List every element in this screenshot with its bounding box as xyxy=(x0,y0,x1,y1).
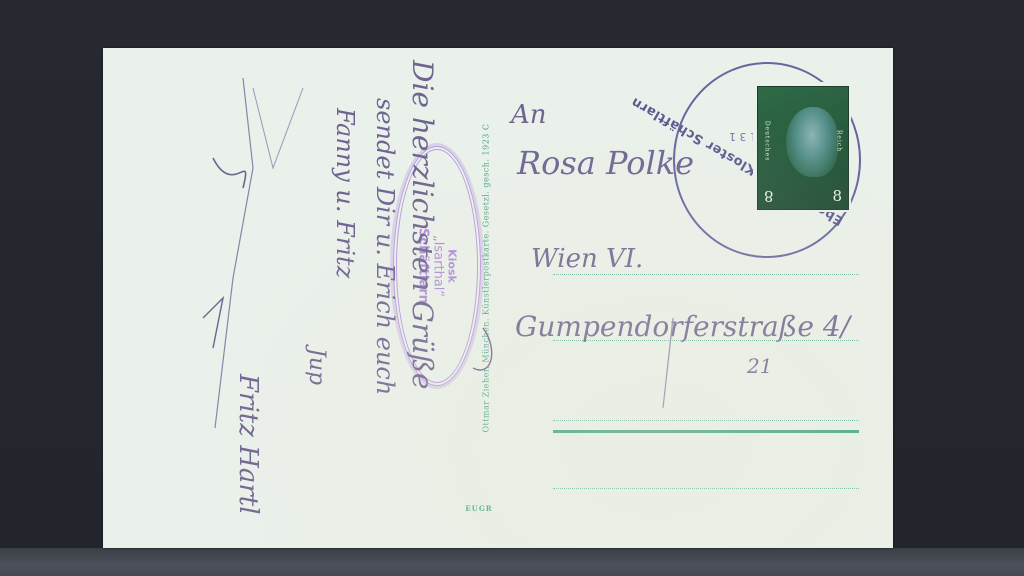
address-street: Gumpendorferstraße 4/ xyxy=(515,310,850,343)
address-line-an: An xyxy=(511,100,547,130)
publisher-imprint-text: Ottmar Zieher, München. Künstlerpostkart… xyxy=(482,123,491,432)
message-line-1: Die herzlichsten Grüße xyxy=(406,60,439,389)
postcard: Ottmar Zieher, München. Künstlerpostkart… xyxy=(103,48,893,548)
address-recipient: Rosa Polke xyxy=(517,144,694,182)
stamp-country-right: Reich xyxy=(836,130,843,152)
address-line-4 xyxy=(553,488,859,489)
address-city: Wien VI. xyxy=(531,244,643,274)
publisher-code: EUGR xyxy=(459,504,499,513)
address-line-solid xyxy=(553,430,859,433)
backdrop-bottom-band xyxy=(0,548,1024,576)
stamp-country-left: Deutsches xyxy=(764,121,771,162)
address-apartment: 21 xyxy=(747,354,772,378)
address-line-1 xyxy=(553,274,859,275)
postage-stamp: Deutsches Reich 8 8 xyxy=(753,82,851,212)
message-line-4: Jup xyxy=(304,348,329,385)
portrait-icon xyxy=(786,107,838,177)
stamp-value-right: 8 xyxy=(832,187,842,205)
cachet-line-1: Kiosk xyxy=(446,228,459,304)
message-line-5: Fritz Hartl xyxy=(233,374,263,515)
stamp-value-left: 8 xyxy=(764,187,774,205)
message-line-3: Fanny u. Fritz xyxy=(331,108,359,278)
message-line-2: sendet Dir u. Erich euch xyxy=(371,98,399,395)
address-line-3 xyxy=(553,420,859,421)
